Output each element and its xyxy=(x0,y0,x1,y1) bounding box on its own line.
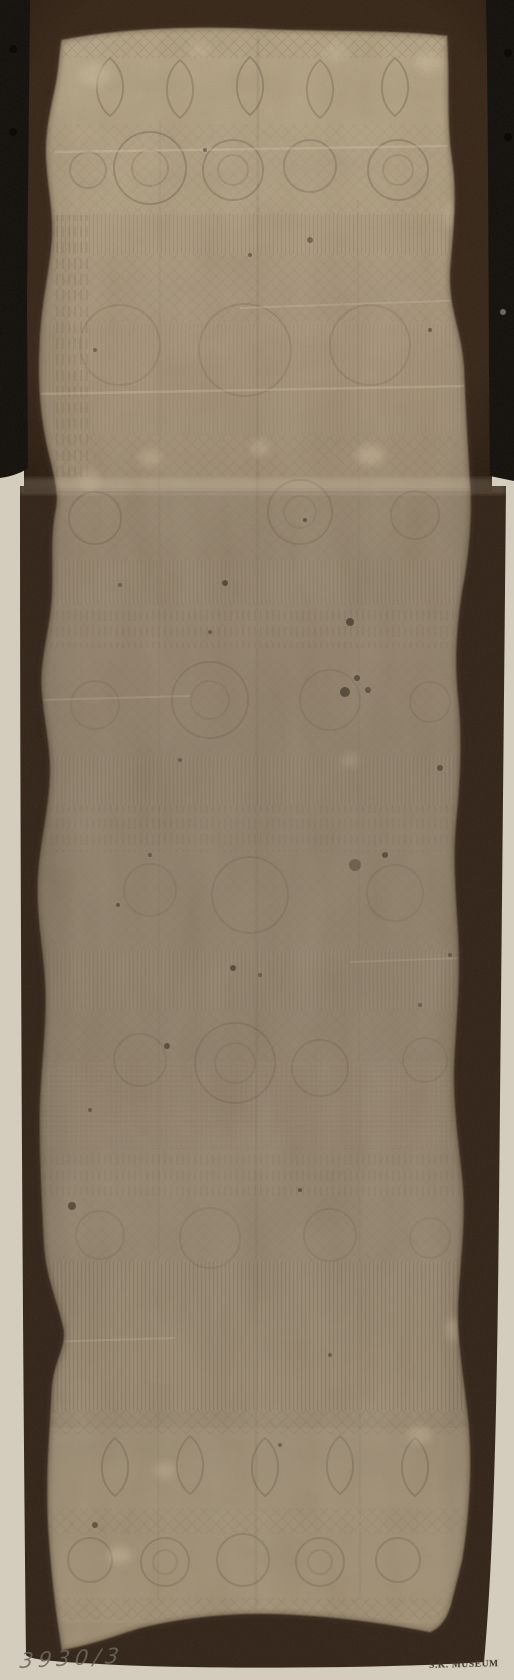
scan-grain xyxy=(0,0,514,1680)
photograph-artwork xyxy=(0,0,514,1680)
mounted-photograph: 3930/3 S.K. MUSEUM xyxy=(0,0,514,1680)
museum-stamp: S.K. MUSEUM xyxy=(429,1659,499,1671)
